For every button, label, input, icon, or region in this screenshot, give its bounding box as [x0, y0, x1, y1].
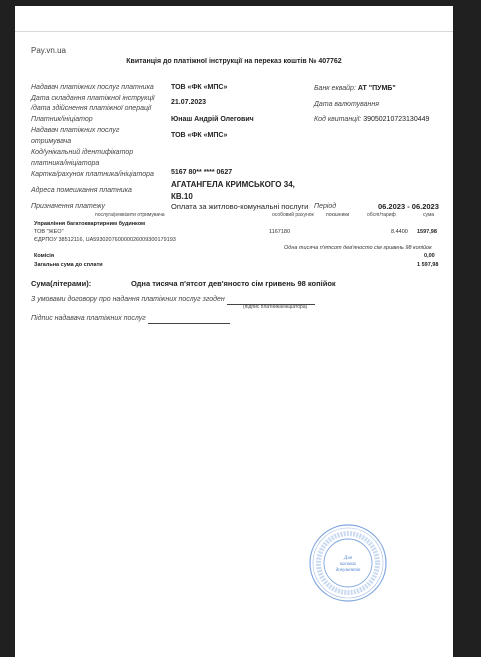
value-provider-receiver: ТОВ «ФК «МПС»	[171, 132, 227, 139]
cell-tariff: 8.4400	[391, 229, 408, 235]
value-date: 21.07.2023	[171, 99, 206, 106]
label-uid-2: платника/ініціатора	[31, 159, 99, 169]
commission-value: 0,00	[424, 253, 435, 259]
provider-signature-line	[148, 316, 230, 324]
receiver-name: ТОВ "ЖЕО"	[34, 229, 64, 235]
value-period: 06.2023 - 06.2023	[378, 202, 439, 211]
receipt-code: Код квитанції: 39050210723130449	[314, 115, 429, 125]
label-period: Період	[314, 202, 336, 212]
label-provider-payer: Надавач платіжних послуг платника	[31, 83, 154, 93]
cell-account: 1167180	[269, 229, 290, 235]
label-provider-receiver-2: отримувача	[31, 137, 71, 147]
sum-words-italic: Одна тисяча п'ятсот дев'яносто сім гриве…	[284, 245, 432, 251]
receipt-title: Квитанція до платіжної інструкції на пер…	[15, 58, 453, 65]
label-bank: Банк еквайр:	[314, 85, 356, 92]
label-purpose: Призначення платежу	[31, 202, 105, 212]
provider-signature: Підпис надавача платіжних послуг	[31, 314, 230, 324]
value-receipt-code: 39050210723130449	[363, 116, 429, 123]
svg-text:касових: касових	[340, 562, 357, 567]
label-receipt-code: Код квитанції:	[314, 116, 361, 123]
page-top-divider	[15, 6, 453, 32]
header-service: послуга/реквізити отримувача	[95, 212, 165, 218]
svg-text:Для: Для	[343, 556, 352, 561]
label-address: Адреса помешкання платника	[31, 186, 132, 196]
site-name: Pay.vn.ua	[31, 46, 66, 55]
value-address-line1: АГАТАНГЕЛА КРИМСЬКОГО 34,	[171, 180, 295, 189]
agree-text: З умовами договору про надання платіжних…	[31, 296, 225, 303]
value-bank: АТ "ПУМБ"	[358, 85, 396, 92]
header-account: особовий рахунок	[272, 212, 314, 218]
sum-words-label: Сума(літерами):	[31, 279, 91, 288]
agree-caption: (підпис платника/ініціатора)	[243, 304, 307, 310]
receipt-page: Pay.vn.ua Квитанція до платіжної інструк…	[15, 6, 453, 657]
total-label: Загальна сума до сплати	[34, 262, 103, 268]
company-stamp: Для касових документів	[308, 523, 388, 603]
total-value: 1 597,98	[417, 262, 438, 268]
header-indicators: показники	[326, 212, 349, 218]
provider-sign-text: Підпис надавача платіжних послуг	[31, 315, 146, 322]
bank-acquirer: Банк еквайр: АТ "ПУМБ"	[314, 84, 396, 94]
header-tariff: обсяг/тариф	[367, 212, 396, 218]
svg-text:документів: документів	[336, 568, 361, 573]
service-name: Управління багатоквартирним будинком	[34, 221, 145, 227]
label-valuation-date: Дата валютування	[314, 100, 379, 110]
cell-sum: 1597,98	[417, 229, 437, 235]
label-uid-1: Код/унікальний ідентифікатор	[31, 148, 133, 158]
value-purpose: Оплата за житлово-комунальні послуги	[171, 202, 308, 211]
header-sum: сума	[423, 212, 434, 218]
value-payer: Юнаш Андрій Олегович	[171, 116, 254, 123]
label-date-2: /дата здійснення платіжної операції	[31, 104, 151, 114]
value-card: 5167 80** **** 0627	[171, 169, 232, 176]
value-provider-payer: ТОВ «ФК «МПС»	[171, 84, 227, 91]
label-card: Картка/рахунок платника/ініціатора	[31, 170, 154, 180]
label-date-1: Дата складання платіжної інструкції	[31, 94, 155, 104]
commission-label: Комісія	[34, 253, 54, 259]
sum-words-value: Одна тисяча п'ятсот дев'яносто сім гриве…	[131, 279, 336, 288]
value-address-line2: КВ.10	[171, 192, 193, 201]
label-provider-receiver-1: Надавач платіжних послуг	[31, 126, 119, 136]
label-payer: Платник/ініціатор	[31, 115, 93, 125]
stamp-seal-icon: Для касових документів	[308, 523, 388, 603]
receiver-details: ЄДРПОУ 38512116, UA593020760000026009300…	[34, 237, 176, 243]
